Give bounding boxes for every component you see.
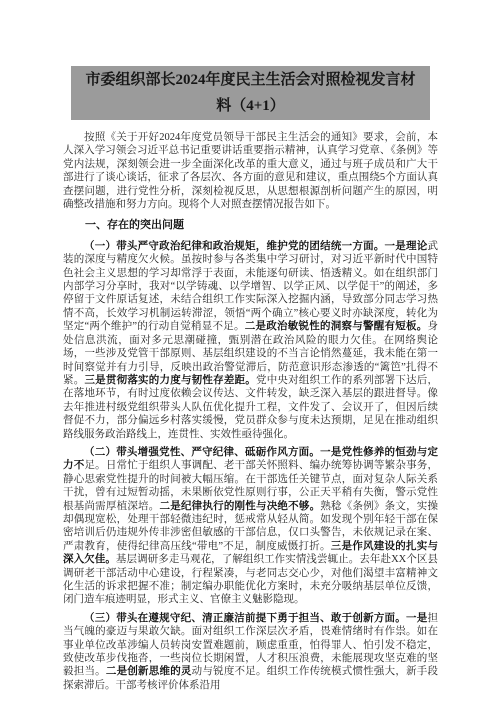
bold-lead-run: 二是创新思维的灵: [106, 666, 192, 677]
section-heading: 一、存在的突出问题: [63, 219, 438, 232]
text-run: 武装的深度与精度欠火候。虽按时参与各类集中学习研讨，对习近平新时代中国特色社会主…: [63, 241, 438, 332]
paragraph-list: （一）带头严守政治纪律和政治规矩，维护党的团结统一方面。一是理论武装的深度与精度…: [63, 240, 438, 692]
intro-paragraph: 按照《关于开好2024年度党员领导干部民主生活会的通知》要求，会前，本人深入学习…: [63, 131, 438, 211]
document-title: 市委组织部长2024年度民主生活会对照检视发言材料（4+1）: [71, 66, 430, 120]
document-page: 市委组织部长2024年度民主生活会对照检视发言材料（4+1） 按照《关于开好20…: [0, 0, 500, 707]
body-paragraph: （一）带头严守政治纪律和政治规矩，维护党的团结统一方面。一是理论武装的深度与精度…: [63, 240, 438, 441]
bold-lead-run: 二是纪律执行的刚性与决绝不够。: [160, 501, 321, 512]
text-run: 基层调研多走马观花，了解组织工作实情浅尝辄止。去年赴XX个区县调研老干部活动中心…: [63, 554, 438, 605]
bold-lead-run: 二是政治敏锐性的洞察与警醒有短板。: [245, 321, 428, 332]
bold-lead-run: （一）带头严守政治纪律和政治规矩，维护党的团结统一方面。一是理论: [84, 241, 428, 252]
body-paragraph: （三）带头在遵规守纪、清正廉洁前提下勇于担当、敢于创新方面。一是担当气魄的豪迈与…: [63, 612, 438, 692]
body-paragraph: （二）带头增强党性、严守纪律、砥砺作风方面。一是党性修养的恒劲与定力不足。日常忙…: [63, 446, 438, 607]
bold-lead-run: 三是贯彻落实的力度与韧性存差距。: [84, 375, 256, 386]
bold-lead-run: （三）带头在遵规守纪、清正廉洁前提下勇于担当、敢于创新方面。一是: [84, 613, 428, 624]
document-body: 按照《关于开好2024年度党员领导干部民主生活会的通知》要求，会前，本人深入学习…: [63, 131, 438, 692]
